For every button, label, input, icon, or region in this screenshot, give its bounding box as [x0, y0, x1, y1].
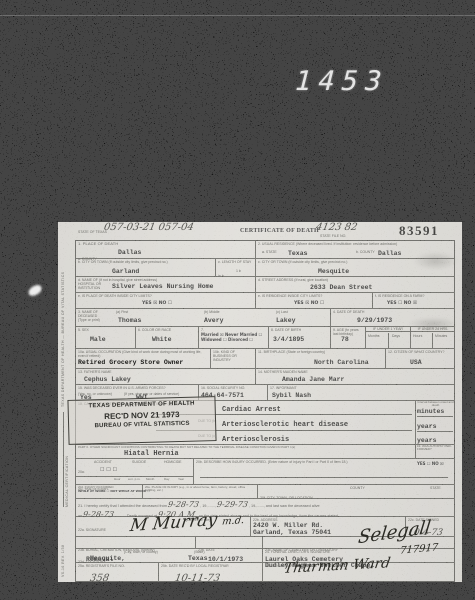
field-certification-statement: 21. I hereby certify that I attended the… — [76, 499, 455, 517]
field-accident-suicide-homicide: 20a. ACCIDENT SUICIDE HOMICIDE ☐ ☐ ☐ — [76, 459, 194, 477]
marital-line2: Widowed ☐ Divorced ☐ — [201, 337, 266, 342]
handwritten-district-codes: 057-03-21 057-04 — [103, 222, 195, 233]
residence-county-value: Dallas — [378, 250, 401, 257]
month-col-label: Month — [146, 478, 154, 481]
field-age: 9. AGE (In years last birthday) 78 — [331, 327, 366, 349]
armed-forces-label: 15. WAS DECEASED EVER IN U.S. ARMED FORC… — [78, 386, 196, 390]
certify-year2: , 19........, and last saw the deceased … — [249, 504, 320, 508]
place-of-injury-label: 20e. PLACE OF INJURY (e.g., in or about … — [145, 486, 255, 493]
film-artifact-blob — [27, 283, 43, 297]
part2-value: Hiatal Hernia — [124, 450, 179, 458]
informant-label: 17. INFORMANT — [270, 386, 453, 390]
cause-c-value: Arteriosclerosis — [222, 436, 289, 444]
residence-county-label: b. COUNTY — [356, 250, 375, 254]
registrar-file-label: 25a. REGISTRAR'S FILE NO. — [78, 564, 156, 568]
field-color-or-race: 6. COLOR OR RACE White — [136, 327, 199, 349]
residence-state-value: Texas — [288, 250, 308, 257]
city-of-death-value: Garland — [112, 268, 139, 275]
date-of-birth-label: 8. DATE OF BIRTH — [271, 328, 328, 332]
months-label: Months — [368, 334, 379, 338]
first-name-label: (a) First — [116, 310, 128, 314]
death-certificate: TEXAS DEPARTMENT OF HEALTH — BUREAU OF V… — [58, 222, 462, 582]
date-of-birth-value: 3/4/1895 — [273, 336, 304, 343]
informant-value: Sybil Nash — [272, 392, 311, 399]
interval-a-line — [417, 416, 453, 417]
field-mothers-maiden-name: 14. MOTHER'S MAIDEN NAME Amanda Jane Mar… — [256, 369, 455, 385]
field-burial-location: 23d. LOCATION (City, town, or county) (S… — [76, 549, 263, 563]
citizen-value: USA — [410, 359, 422, 366]
age-label: 9. AGE (In years last birthday) — [333, 328, 363, 336]
injury-work-checkboxes: WHILE AT WORK ☐ NOT WHILE AT WORK ☐ — [78, 489, 140, 493]
field-if-under-1-year: IF UNDER 1 YEAR Months Days — [366, 327, 411, 349]
microfilm-scan: 1453 TEXAS DEPARTMENT OF HEALTH — BUREAU… — [0, 0, 475, 600]
under-1-year-label: IF UNDER 1 YEAR — [366, 327, 410, 332]
interval-header: Interval between onset and death — [417, 401, 454, 408]
field-sex: 5. SEX Male — [76, 327, 136, 349]
location-state-value: Texas — [188, 555, 208, 562]
field-injury-city-county-state: 20f. CITY, TOWN, OR LOCATION COUNTY STAT… — [258, 485, 455, 499]
field-fathers-name: 13. FATHER'S NAME Cephus Lakey — [76, 369, 256, 385]
residence-section-label: 2. USUAL RESIDENCE (Where deceased lived… — [258, 242, 453, 246]
film-scratch-line — [0, 15, 475, 16]
middle-name-value: Avery — [204, 317, 224, 324]
sex-label: 5. SEX — [78, 328, 133, 332]
accident-label: ACCIDENT — [94, 460, 112, 464]
death-inside-city-label: e. IS PLACE OF DEATH INSIDE CITY LIMITS? — [78, 294, 253, 298]
field-interval-onset-death: Interval between onset and death minutes… — [416, 401, 455, 445]
occupation-label: 10a. USUAL OCCUPATION (Give kind of work… — [78, 350, 208, 358]
under-1-year-divider — [388, 333, 389, 349]
field-date-received-registrar: 25b. DATE REC'D BY LOCAL REGISTRAR 10-11… — [159, 563, 263, 582]
margin-agency-text: TEXAS DEPARTMENT OF HEALTH — BUREAU OF V… — [61, 242, 65, 407]
field-marital-status: 7. Married ☒ Never Married ☐ Widowed ☐ D… — [199, 327, 269, 349]
interval-b-value: years — [417, 423, 437, 430]
received-date-stamp: TEXAS DEPARTMENT OF HEALTH REC'D NOV 21 … — [67, 396, 216, 445]
field-citizen-of-country: 12. CITIZEN OF WHAT COUNTRY? USA — [386, 349, 455, 369]
field-date-of-birth: 8. DATE OF BIRTH 3/4/1895 — [269, 327, 331, 349]
pencil-smudge — [408, 317, 458, 331]
occupation-value: Retired Grocery Store Owner — [78, 359, 183, 366]
residence-inside-city-label: e. IS RESIDENCE INSIDE CITY LIMITS? — [258, 294, 370, 298]
injury-county-label: COUNTY — [350, 486, 365, 490]
margin-form-number: VS-16 REV. 1/58 — [61, 522, 65, 577]
days-label: Days — [392, 334, 400, 338]
residence-state-label: a. STATE — [262, 250, 277, 254]
hospital-label: d. NAME OF (If not in hospital, give str… — [78, 278, 253, 282]
certify-text1: I hereby certify that I attended the dec… — [84, 504, 167, 508]
suicide-label: SUICIDE — [132, 460, 146, 464]
field-kind-of-business: 10b. KIND OF BUSINESS OR INDUSTRY — [211, 349, 256, 369]
city-of-death-label: b. CITY OR TOWN (If outside city limits,… — [78, 260, 213, 264]
field-name-of-deceased: 3. NAME OF DECEASED (Type or print) (a) … — [76, 309, 331, 327]
birthplace-value: North Carolina — [314, 359, 369, 366]
date-received-value: 10-11-73 — [174, 573, 221, 584]
name-of-deceased-label: 3. NAME OF DECEASED (Type or print) — [78, 310, 114, 322]
field-residence-inside-city-limits: e. IS RESIDENCE INSIDE CITY LIMITS? YES … — [256, 293, 373, 309]
certify-no: 21. — [78, 504, 83, 508]
year-col-label: Year — [178, 478, 184, 481]
field-length-of-stay: c. LENGTH OF STAY in b 1 b — [216, 259, 256, 277]
date-of-death-label: 4. DATE OF DEATH — [333, 310, 453, 314]
field-residence-on-farm: f. IS RESIDENCE ON A FARM? YES ☐ NO ☒ — [373, 293, 455, 309]
field-usual-occupation: 10a. USUAL OCCUPATION (Give kind of work… — [76, 349, 211, 369]
field-place-of-injury: 20e. PLACE OF INJURY (e.g., in or about … — [143, 485, 258, 499]
father-value: Cephus Lakey — [84, 376, 131, 383]
field-injury-occurred: 20d. INJURY OCCURRED WHILE AT WORK ☐ NOT… — [76, 485, 143, 499]
field-birthplace: 11. BIRTHPLACE (State or foreign country… — [256, 349, 386, 369]
street-address-label: d. STREET ADDRESS (If rural, give locati… — [258, 278, 453, 282]
ssn-label: 16. SOCIAL SECURITY NO. — [201, 386, 265, 390]
interval-a-value: minutes — [417, 408, 444, 415]
hour-col-label: Hour — [114, 478, 121, 481]
last-name-label: (c) Last — [276, 310, 288, 314]
birthplace-label: 11. BIRTHPLACE (State or foreign country… — [258, 350, 383, 354]
date-of-death-value: 9/29/1973 — [357, 317, 392, 324]
certify-year1: , 19........, — [200, 504, 216, 508]
certify-from-date: 9-28-73 — [167, 500, 199, 509]
field-informant: 17. INFORMANT Sybil Nash — [268, 385, 455, 401]
cause-b-value: Arteriosclerotic heart disease — [222, 421, 348, 429]
location-city-value: Mesquite, — [90, 555, 125, 562]
last-name-value: Lakey — [276, 317, 296, 324]
field-place-of-death-county: 1. PLACE OF DEATH a. COUNTY Dallas — [76, 241, 256, 259]
stamp-agency-line: TEXAS DEPARTMENT OF HEALTH — [69, 400, 215, 410]
age-value: 78 — [341, 336, 349, 343]
interval-c-value: years — [417, 437, 437, 444]
field-death-inside-city-limits: e. IS PLACE OF DEATH INSIDE CITY LIMITS?… — [76, 293, 256, 309]
field-street-address: d. STREET ADDRESS (If rural, give locati… — [256, 277, 455, 293]
film-frame-number: 1453 — [291, 66, 392, 97]
field-burial-date: 23b. DATE 10/1/1973 — [196, 537, 263, 549]
field-autopsy: 19. WAS AUTOPSY PER- FORMED? YES ☐ NO ☒ — [416, 445, 455, 459]
citizen-label: 12. CITIZEN OF WHAT COUNTRY? — [388, 350, 453, 354]
describe-injury-line — [200, 477, 448, 478]
field-burial-removal: 23a. BURIAL, CREMATION, REMOVAL (Specify… — [76, 537, 196, 549]
field-registrar-file-no: 25a. REGISTRAR'S FILE NO. 358 — [76, 563, 159, 582]
length-of-stay-label: c. LENGTH OF STAY — [218, 260, 253, 264]
field-hospital-name: d. NAME OF (If not in hospital, give str… — [76, 277, 256, 293]
autopsy-label: 19. WAS AUTOPSY PER- FORMED? — [417, 445, 454, 452]
injury-state-label: STATE — [430, 486, 441, 490]
homicide-label: HOMICIDE — [164, 460, 182, 464]
length-of-stay-value: 1 b — [236, 269, 241, 273]
field-part2-other-conditions: PART II. OTHER SIGNIFICANT CONDITIONS CO… — [76, 445, 416, 459]
mother-label: 14. MOTHER'S MAIDEN NAME — [258, 370, 453, 374]
place-section-label: 1. PLACE OF DEATH — [78, 242, 253, 247]
minutes-label: Minutes — [435, 334, 447, 338]
race-label: 6. COLOR OR RACE — [138, 328, 196, 332]
physician-degree-text: m.d. — [221, 515, 245, 528]
death-inside-city-checkboxes: YES ☒ NO ☐ — [142, 301, 172, 306]
residence-on-farm-label: f. IS RESIDENCE ON A FARM? — [375, 294, 453, 298]
state-file-no-label: STATE FILE NO. — [320, 234, 346, 238]
mother-value: Amanda Jane Marr — [282, 376, 344, 383]
county-value: Dallas — [118, 249, 141, 256]
location-state-sub: (State) — [194, 550, 205, 554]
injury-20a-label: 20a. — [78, 470, 85, 474]
field-describe-injury: 20b. DESCRIBE HOW INJURY OCCURRED. (Ente… — [194, 459, 455, 485]
hospital-value: Silver Leaves Nursing Home — [112, 283, 213, 290]
sex-value: Male — [90, 336, 106, 343]
handwritten-file-number: 4123 82 — [315, 222, 358, 233]
part2-label: PART II. OTHER SIGNIFICANT CONDITIONS CO… — [78, 446, 413, 449]
residence-inside-city-checkboxes: YES ☒ NO ☐ — [294, 301, 324, 306]
certificate-title: CERTIFICATE OF DEATH — [240, 228, 319, 234]
cause-a-value: Cardiac Arrest — [222, 406, 281, 414]
business-label: 10b. KIND OF BUSINESS OR INDUSTRY — [213, 350, 253, 362]
registrar-file-value: 358 — [89, 573, 110, 584]
date-received-label: 25b. DATE REC'D BY LOCAL REGISTRAR — [161, 564, 260, 568]
field-time-of-injury: 20c. TIME OF INJURY Hour a.m. p.m. Month… — [76, 477, 194, 485]
residence-on-farm-checkboxes: YES ☐ NO ☒ — [387, 301, 417, 306]
stamp-bureau-line: BUREAU OF VITAL STATISTICS — [69, 420, 215, 430]
race-value: White — [152, 336, 172, 343]
hours-label: Hours — [413, 334, 422, 338]
war-sub: (If yes, give war or dates of service) — [124, 392, 179, 396]
location-city-sub: (City, town, or county) — [124, 550, 158, 554]
signature-label: 22a. SIGNATURE — [78, 528, 106, 532]
field-city-of-death: b. CITY OR TOWN (If outside city limits,… — [76, 259, 216, 277]
pencil-smudge — [413, 252, 458, 270]
residence-city-value: Mesquite — [318, 268, 349, 275]
certificate-serial-number: 83591 — [399, 223, 439, 239]
ampm-label: a.m. p.m. — [128, 478, 141, 481]
day-col-label: Day — [164, 478, 169, 481]
describe-injury-label: 20b. DESCRIBE HOW INJURY OCCURRED. (Ente… — [196, 460, 453, 464]
injury-checkboxes: ☐ ☐ ☐ — [100, 467, 117, 473]
under-24-hrs-divider — [432, 333, 433, 349]
street-address-value: 2633 Dean Street — [310, 284, 372, 291]
interval-b-line — [417, 431, 453, 432]
middle-name-label: (b) Middle — [204, 310, 220, 314]
father-label: 13. FATHER'S NAME — [78, 370, 253, 374]
first-name-value: Thomas — [118, 317, 141, 324]
